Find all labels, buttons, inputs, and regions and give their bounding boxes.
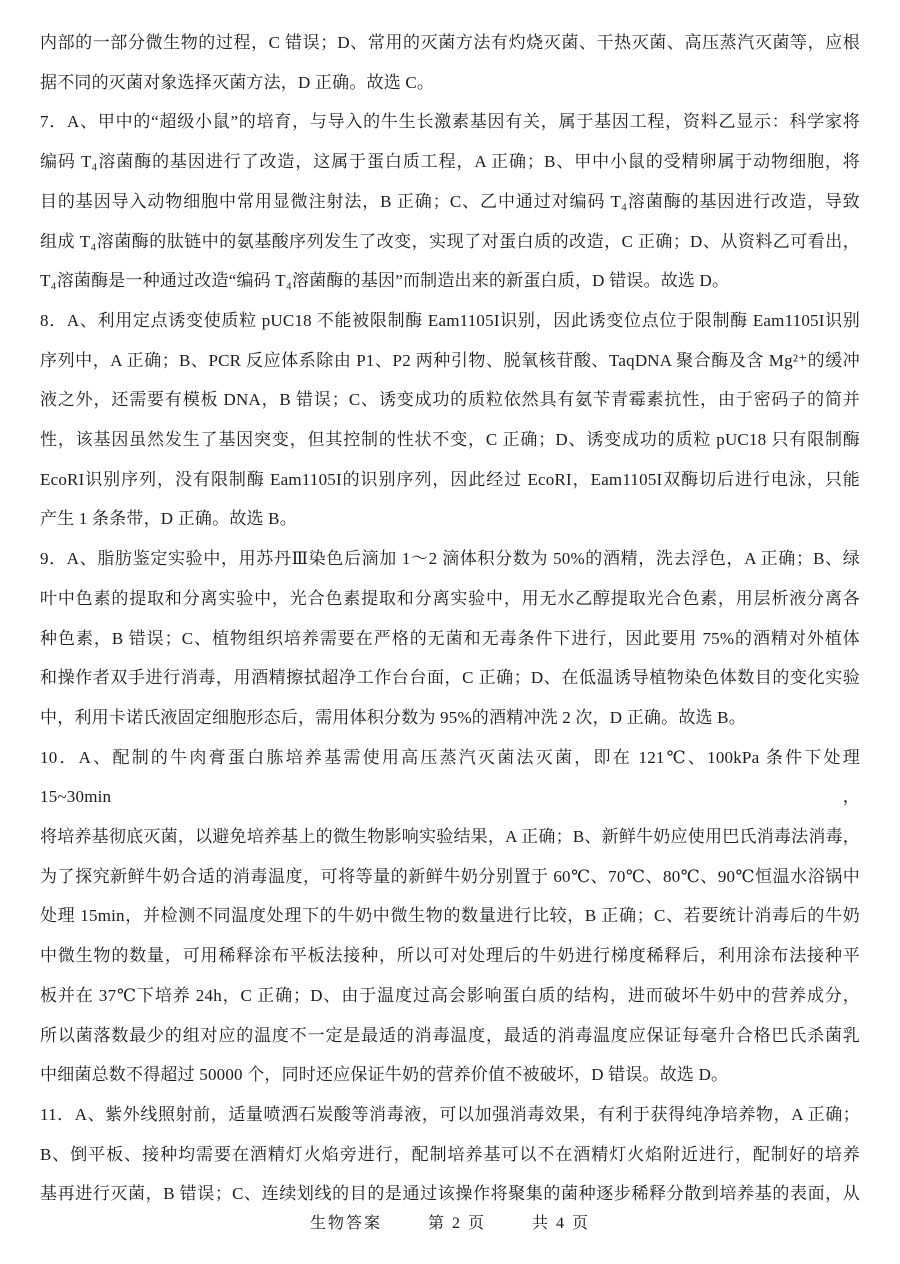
answer-paragraph-9: 9．A、脂肪鉴定实验中，用苏丹Ⅲ染色后滴加 1～2 滴体积分数为 50%的酒精，… <box>40 539 860 738</box>
text-line: 据不同的灭菌对象选择灭菌方法，D 正确。故选 C。 <box>40 63 860 103</box>
text-line: 处理 15min，并检测不同温度处理下的牛奶中微生物的数量进行比较，B 正确；C… <box>40 896 860 936</box>
answer-paragraph-8: 8．A、利用定点诱变使质粒 pUC18 不能被限制酶 Eam1105I识别，因此… <box>40 301 860 539</box>
text-line: 液之外，还需要有模板 DNA，B 错误；C、诱变成功的质粒依然具有氨苄青霉素抗性… <box>40 380 860 420</box>
footer-doc-title: 生物答案 <box>310 1212 382 1236</box>
answer-paragraph-11: 11．A、紫外线照射前，适量喷洒石炭酸等消毒液，可以加强消毒效果，有利于获得纯净… <box>40 1095 860 1214</box>
text-line: 目的基因导入动物细胞中常用显微注射法，B 正确；C、乙中通过对编码 T₄溶菌酶的… <box>40 182 860 222</box>
text-line: 为了探究新鲜牛奶合适的消毒温度，可将等量的新鲜牛奶分别置于 60℃、70℃、80… <box>40 857 860 897</box>
text-line: 7．A、甲中的“超级小鼠”的培育，与导入的牛生长激素基因有关，属于基因工程，资料… <box>40 102 860 142</box>
text-line: 叶中色素的提取和分离实验中，光合色素提取和分离实验中，用无水乙醇提取光合色素，用… <box>40 579 860 619</box>
text-line: 中细菌总数不得超过 50000 个，同时还应保证牛奶的营养价值不被破坏，D 错误… <box>40 1055 860 1095</box>
text-line: 基再进行灭菌，B 错误；C、连续划线的目的是通过该操作将聚集的菌种逐步稀释分散到… <box>40 1174 860 1214</box>
text-line: 9．A、脂肪鉴定实验中，用苏丹Ⅲ染色后滴加 1～2 滴体积分数为 50%的酒精，… <box>40 539 860 579</box>
footer-total-pages: 共 4 页 <box>532 1212 590 1236</box>
text-line: 板并在 37℃下培养 24h，C 正确；D、由于温度过高会影响蛋白质的结构，进而… <box>40 976 860 1016</box>
answer-paragraph-7: 7．A、甲中的“超级小鼠”的培育，与导入的牛生长激素基因有关，属于基因工程，资料… <box>40 102 860 301</box>
document-page: 内部的一部分微生物的过程，C 错误；D、常用的灭菌方法有灼烧灭菌、干热灭菌、高压… <box>0 0 900 1214</box>
footer-page-number: 第 2 页 <box>428 1212 486 1236</box>
text-line: T₄溶菌酶是一种通过改造“编码 T₄溶菌酶的基因”而制造出来的新蛋白质，D 错误… <box>40 261 860 301</box>
text-line: 序列中，A 正确；B、PCR 反应体系除由 P1、P2 两种引物、脱氧核苷酸、T… <box>40 341 860 381</box>
text-line: 中，利用卡诺氏液固定细胞形态后，需用体积分数为 95%的酒精冲洗 2 次，D 正… <box>40 698 860 738</box>
text-line: 11．A、紫外线照射前，适量喷洒石炭酸等消毒液，可以加强消毒效果，有利于获得纯净… <box>40 1095 860 1135</box>
text-line: 组成 T₄溶菌酶的肽链中的氨基酸序列发生了改变，实现了对蛋白质的改造，C 正确；… <box>40 222 860 262</box>
text-line: 内部的一部分微生物的过程，C 错误；D、常用的灭菌方法有灼烧灭菌、干热灭菌、高压… <box>40 23 860 63</box>
text-line: 和操作者双手进行消毒，用酒精擦拭超净工作台台面，C 正确；D、在低温诱导植物染色… <box>40 658 860 698</box>
text-line: EcoRI识别序列，没有限制酶 Eam1105I的识别序列，因此经过 EcoRI… <box>40 460 860 500</box>
text-line: B、倒平板、接种均需要在酒精灯火焰旁进行，配制培养基可以不在酒精灯火焰附近进行，… <box>40 1135 860 1175</box>
text-line: 中微生物的数量，可用稀释涂布平板法接种，所以可对处理后的牛奶进行梯度稀释后，利用… <box>40 936 860 976</box>
text-line: 所以菌落数最少的组对应的温度不一定是最适的消毒温度，最适的消毒温度应保证每毫升合… <box>40 1016 860 1056</box>
page-footer: 生物答案 第 2 页 共 4 页 <box>0 1212 900 1236</box>
answer-paragraph-6-continued: 内部的一部分微生物的过程，C 错误；D、常用的灭菌方法有灼烧灭菌、干热灭菌、高压… <box>40 23 860 102</box>
text-line: 种色素，B 错误；C、植物组织培养需要在严格的无菌和无毒条件下进行，因此要用 7… <box>40 619 860 659</box>
answer-paragraph-10: 10．A、配制的牛肉膏蛋白胨培养基需使用高压蒸汽灭菌法灭菌，即在 121℃、10… <box>40 738 860 1095</box>
text-line: 将培养基彻底灭菌，以避免培养基上的微生物影响实验结果，A 正确；B、新鲜牛奶应使… <box>40 817 860 857</box>
text-line: 编码 T₄溶菌酶的基因进行了改造，这属于蛋白质工程，A 正确；B、甲中小鼠的受精… <box>40 142 860 182</box>
text-line: 产生 1 条条带，D 正确。故选 B。 <box>40 499 860 539</box>
text-line: 性，该基因虽然发生了基因突变，但其控制的性状不变，C 正确；D、诱变成功的质粒 … <box>40 420 860 460</box>
text-line: 8．A、利用定点诱变使质粒 pUC18 不能被限制酶 Eam1105I识别，因此… <box>40 301 860 341</box>
text-line: 10．A、配制的牛肉膏蛋白胨培养基需使用高压蒸汽灭菌法灭菌，即在 121℃、10… <box>40 738 860 817</box>
